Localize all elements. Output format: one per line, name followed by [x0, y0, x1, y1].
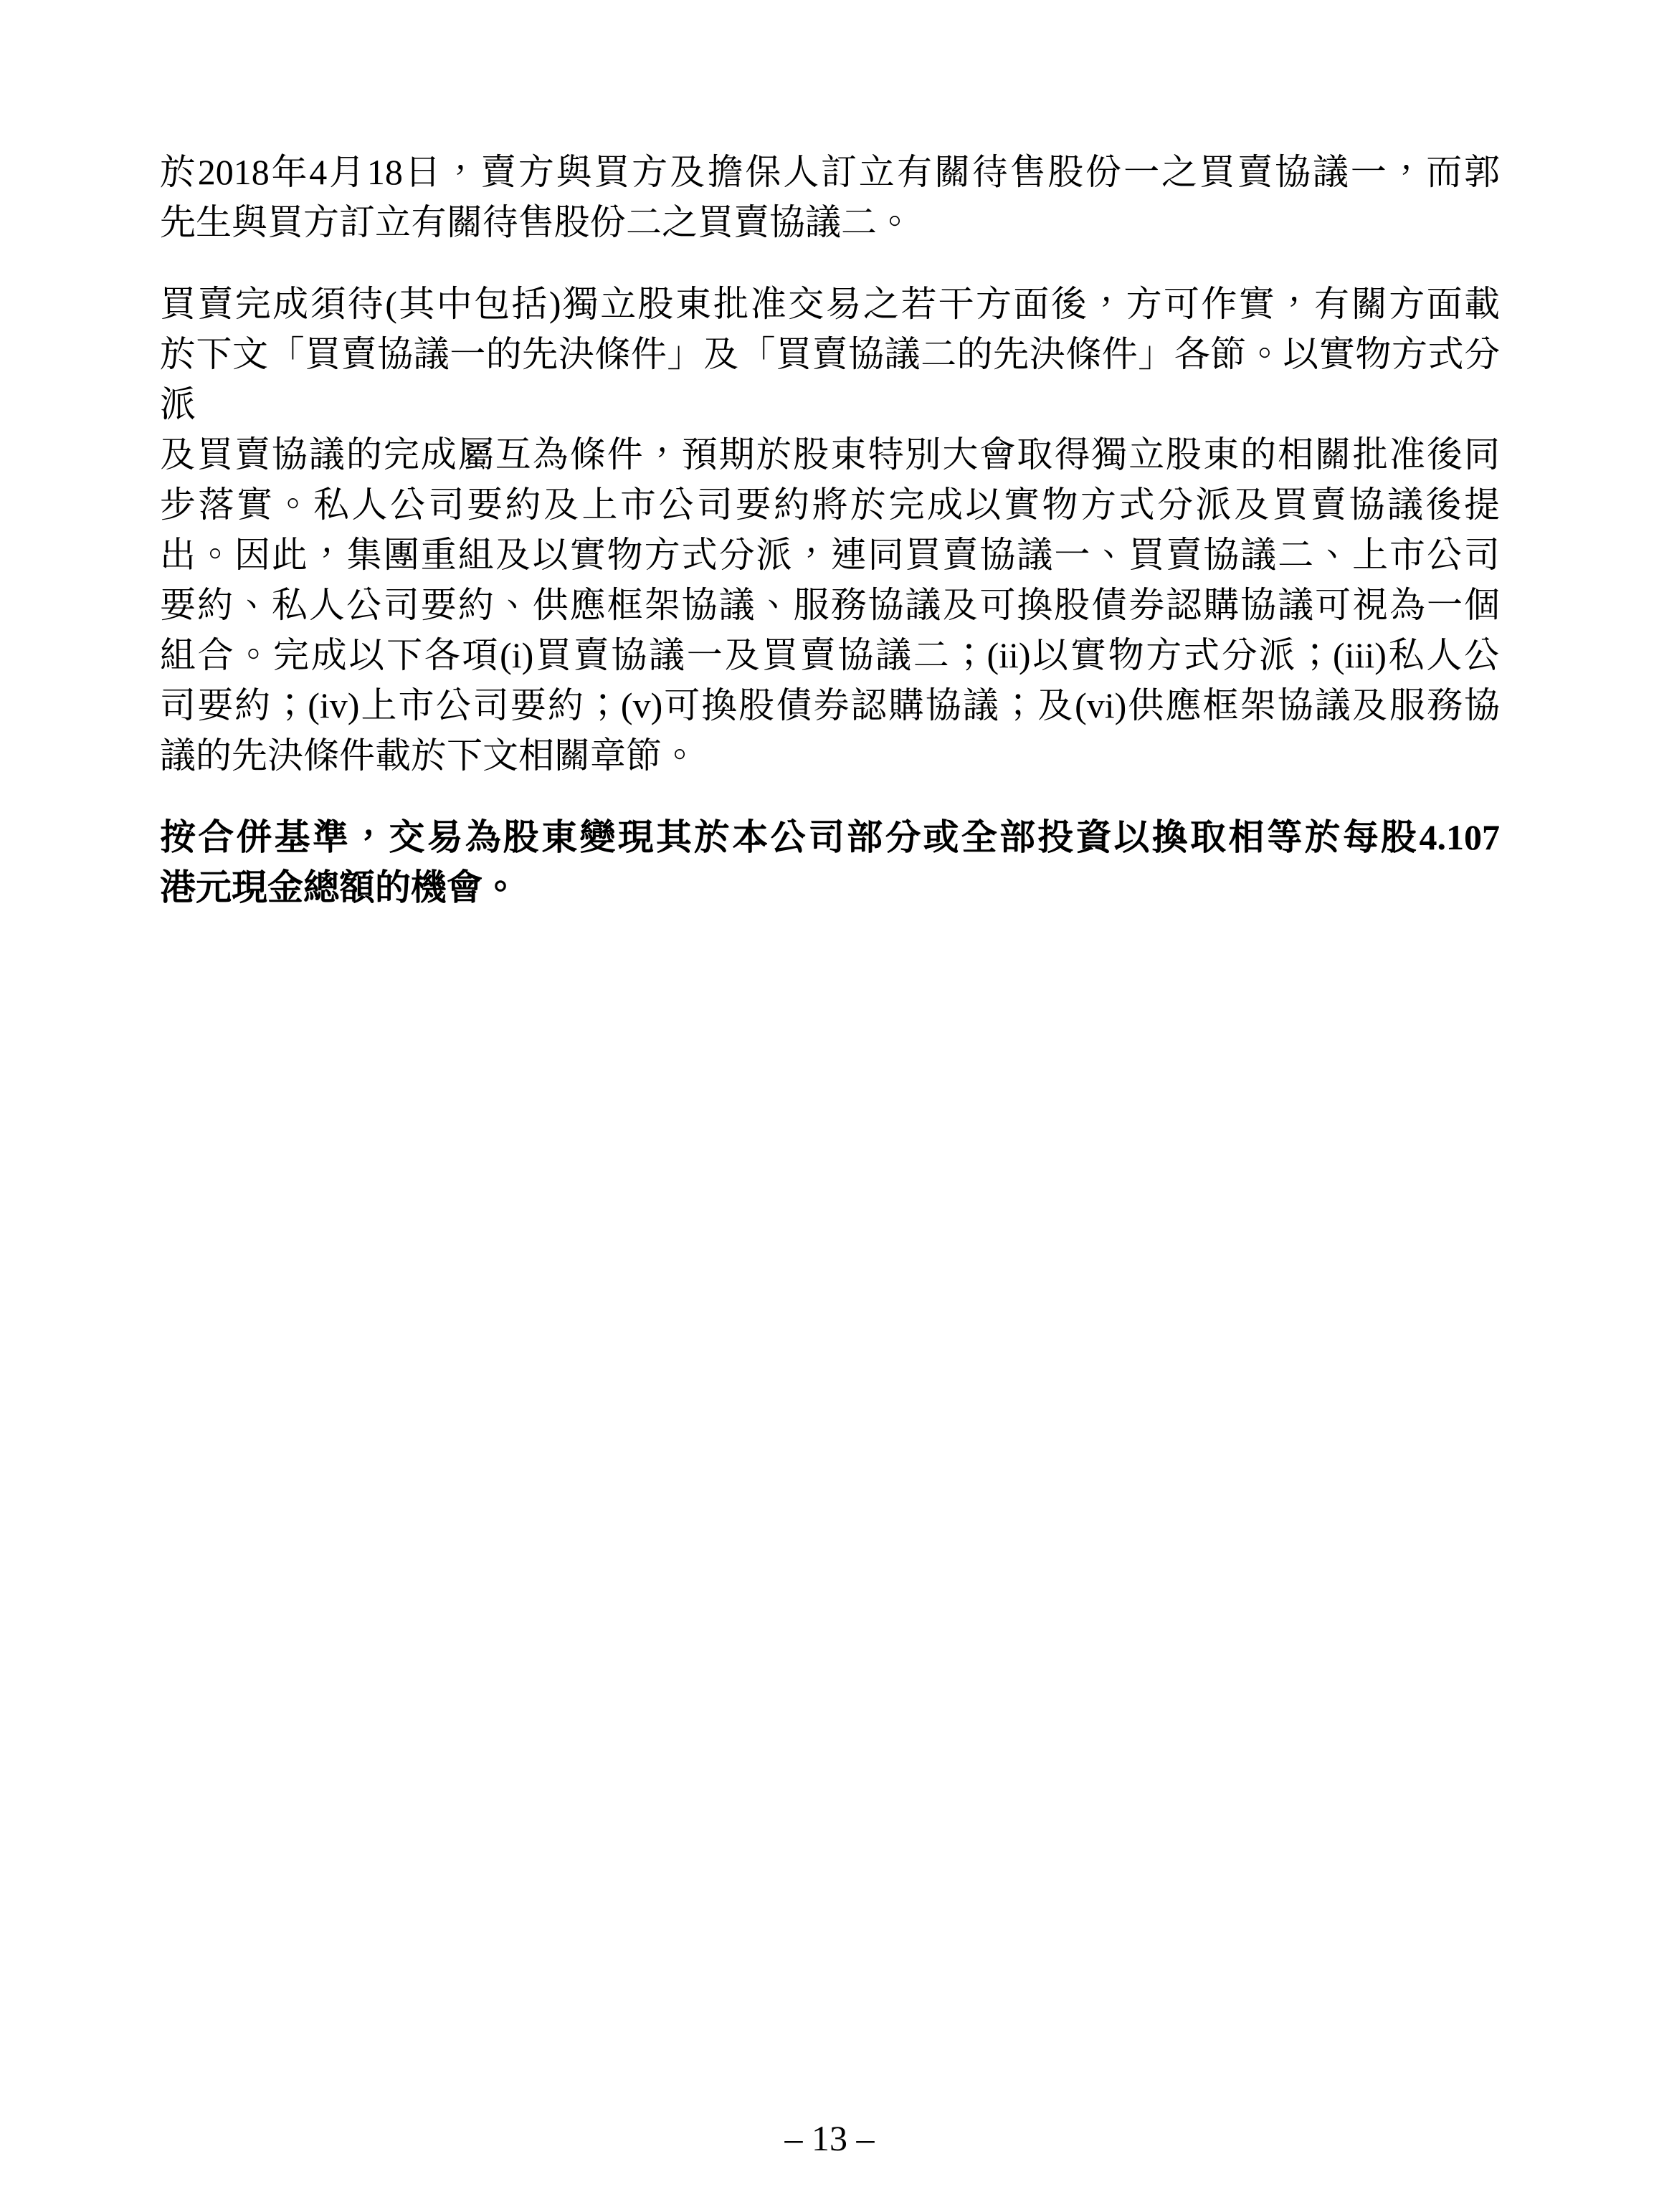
text-line: 於2018年4月18日，賣方與買方及擔保人訂立有關待售股份一之買賣協議一，而郭	[160, 147, 1500, 197]
text-line: 先生與買方訂立有關待售股份二之買賣協議二。	[160, 197, 1500, 247]
text-line: 按合併基準，交易為股東變現其於本公司部分或全部投資以換取相等於每股4.107	[160, 812, 1500, 862]
text-line: 買賣完成須待(其中包括)獨立股東批准交易之若干方面後，方可作實，有關方面載	[160, 279, 1500, 329]
page-number: – 13 –	[785, 2118, 875, 2158]
text-line: 及買賣協議的完成屬互為條件，預期於股東特別大會取得獨立股東的相關批准後同	[160, 429, 1500, 480]
text-line: 司要約；(iv)上市公司要約；(v)可換股債券認購協議；及(vi)供應框架協議及…	[160, 680, 1500, 730]
text-line: 於下文「買賣協議一的先決條件」及「買賣協議二的先決條件」各節。以實物方式分派	[160, 329, 1500, 429]
page-footer: – 13 –	[0, 2113, 1659, 2163]
paragraph-emphasis: 按合併基準，交易為股東變現其於本公司部分或全部投資以換取相等於每股4.107港元…	[160, 812, 1500, 912]
text-line: 步落實。私人公司要約及上市公司要約將於完成以實物方式分派及買賣協議後提	[160, 480, 1500, 530]
text-line: 要約、私人公司要約、供應框架協議、服務協議及可換股債券認購協議可視為一個	[160, 580, 1500, 630]
paragraph: 於2018年4月18日，賣方與買方及擔保人訂立有關待售股份一之買賣協議一，而郭先…	[160, 147, 1500, 247]
text-line: 港元現金總額的機會。	[160, 862, 1500, 912]
text-line: 出。因此，集團重組及以實物方式分派，連同買賣協議一、買賣協議二、上市公司	[160, 530, 1500, 580]
text-line: 議的先決條件載於下文相關章節。	[160, 730, 1500, 781]
document-body: 於2018年4月18日，賣方與買方及擔保人訂立有關待售股份一之買賣協議一，而郭先…	[160, 147, 1500, 912]
text-line: 組合。完成以下各項(i)買賣協議一及買賣協議二；(ii)以實物方式分派；(iii…	[160, 630, 1500, 680]
paragraph: 買賣完成須待(其中包括)獨立股東批准交易之若干方面後，方可作實，有關方面載於下文…	[160, 279, 1500, 781]
